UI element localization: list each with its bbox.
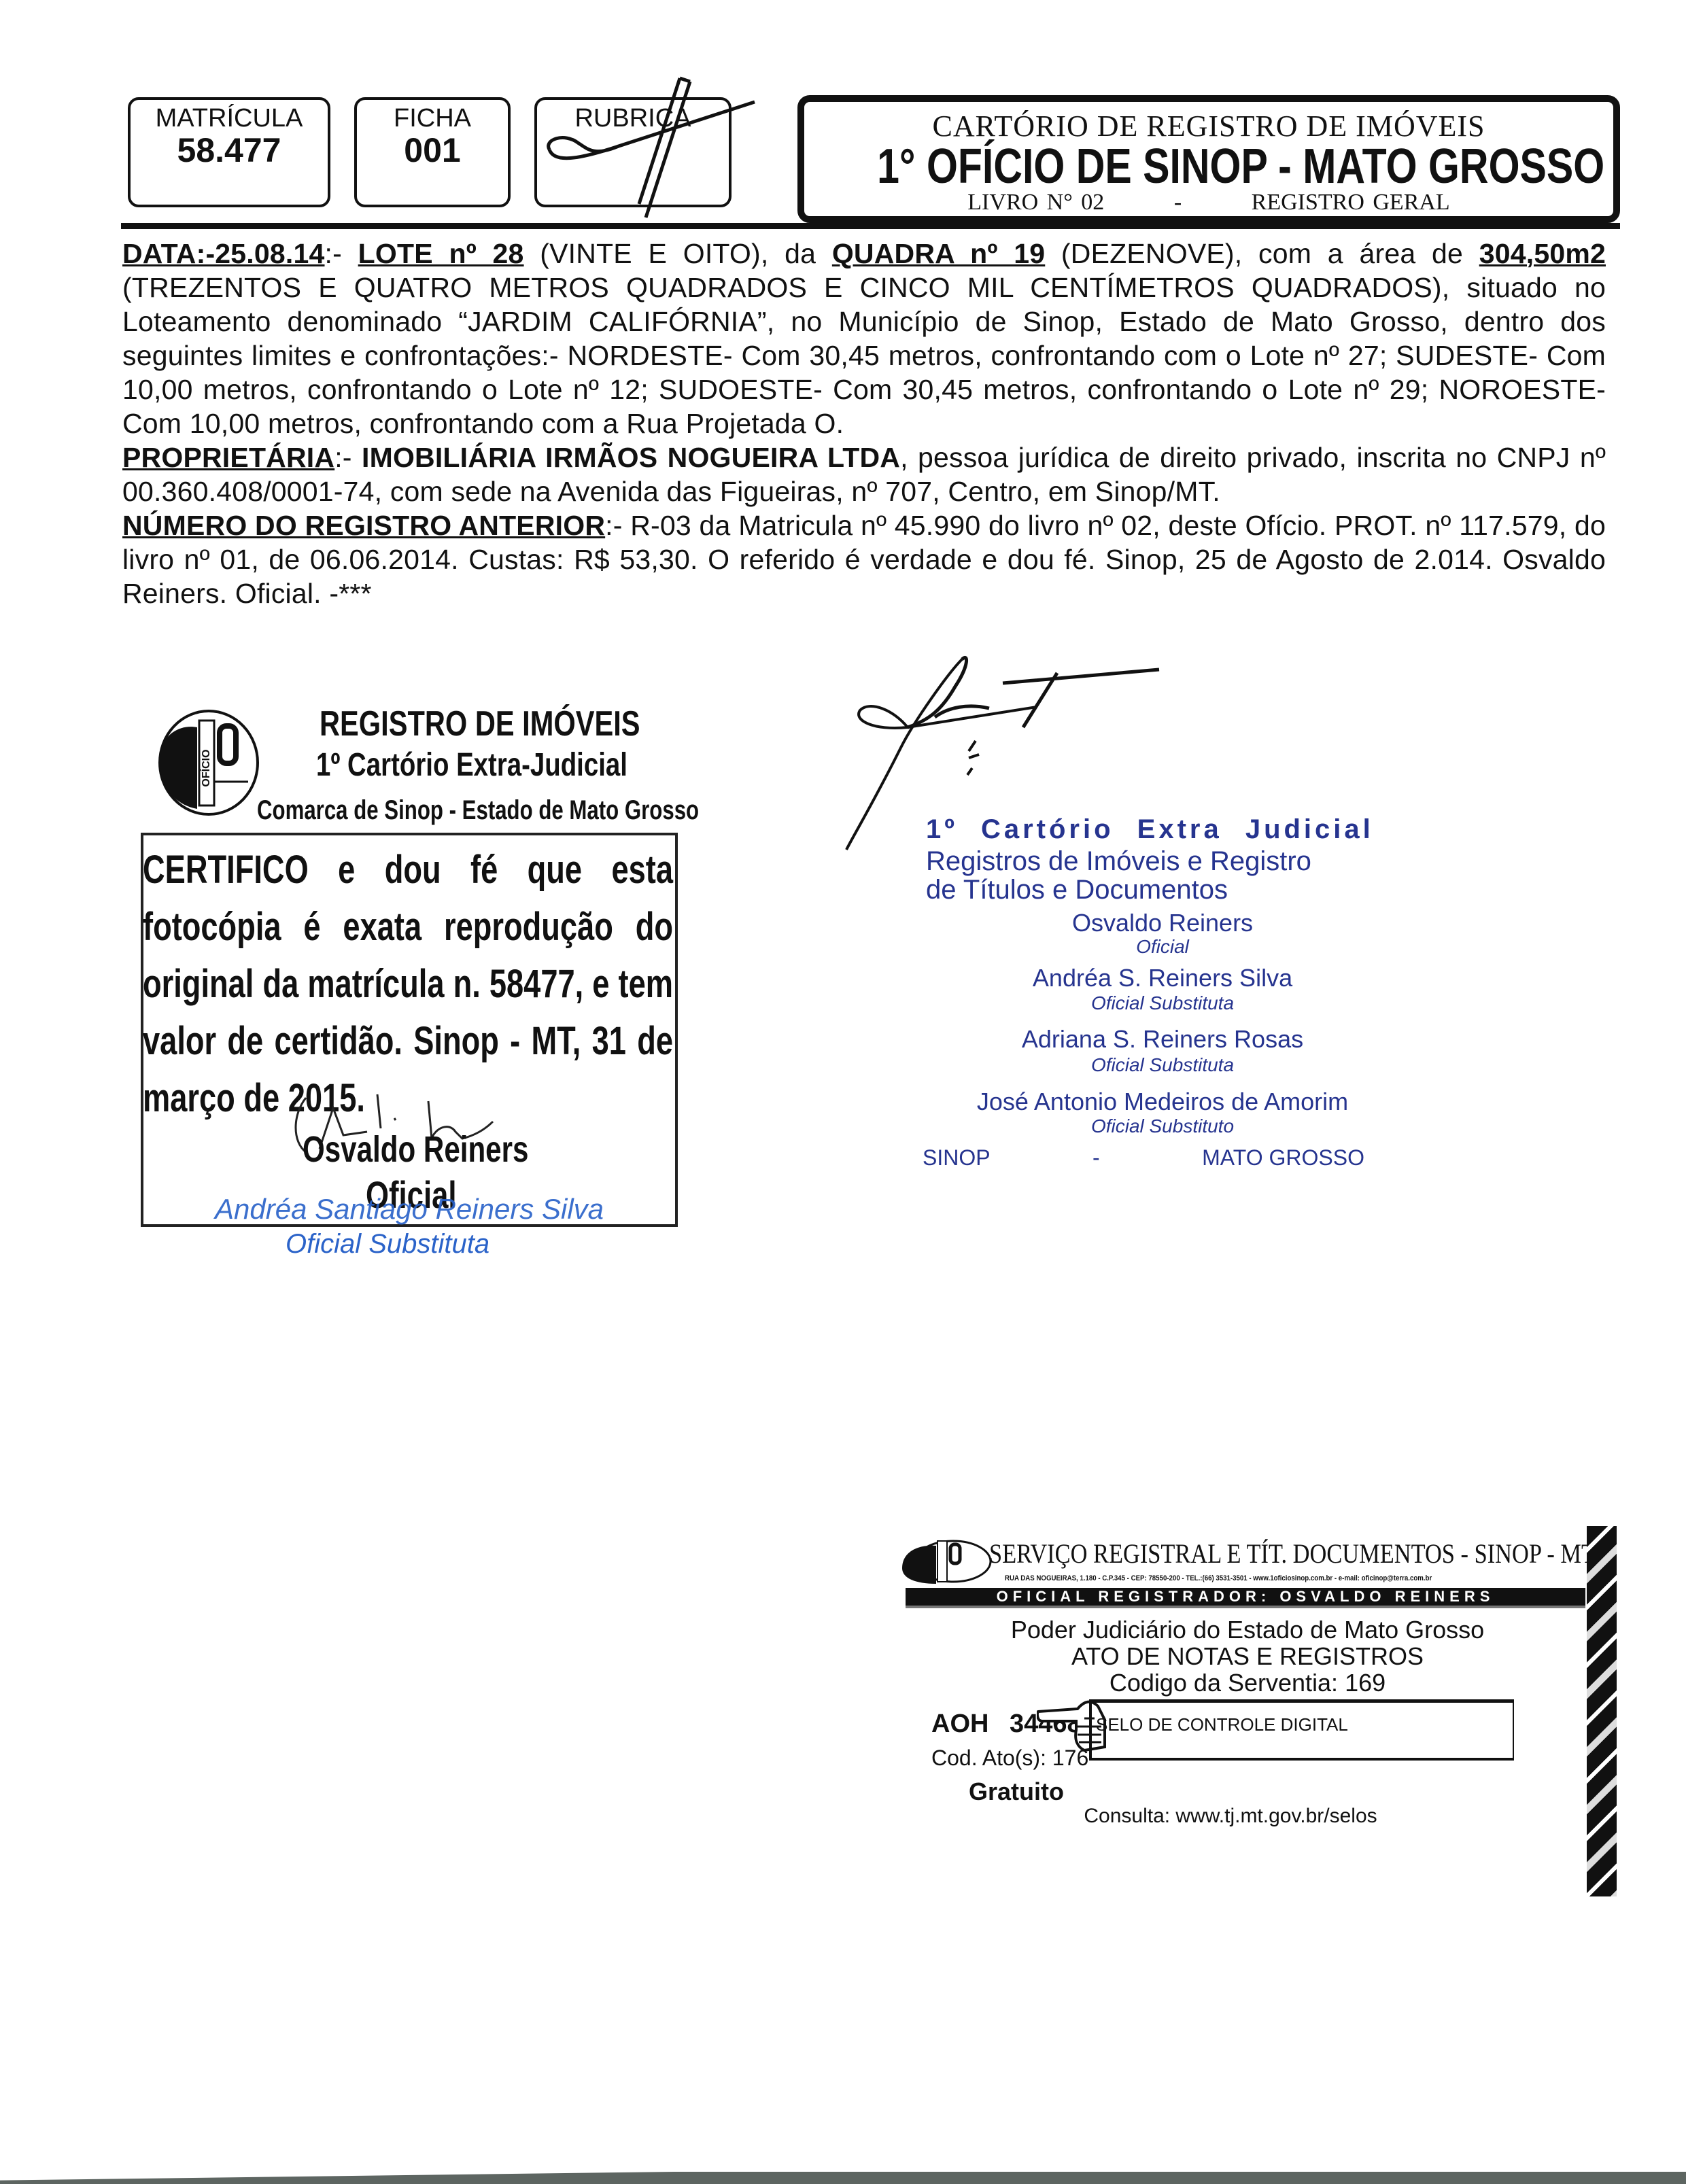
state: MATO GROSSO [1202, 1145, 1364, 1171]
separator: :- [605, 510, 630, 541]
stamp-comarca: Comarca de Sinop - Estado de Mato Grosso [257, 795, 699, 826]
matricula-box: MATRÍCULA 58.477 [128, 97, 330, 207]
registry-title-box: CARTÓRIO DE REGISTRO DE IMÓVEIS 1° OFÍCI… [797, 95, 1620, 223]
seal-title: SERVIÇO REGISTRAL E TÍT. DOCUMENTOS - SI… [989, 1538, 1596, 1570]
ficha-value: 001 [357, 131, 508, 170]
notary-stamp-line2: Registros de Imóveis e Registro [926, 846, 1311, 877]
quadra-label: QUADRA nº 19 [832, 238, 1045, 269]
seal-band-underline [906, 1606, 1585, 1608]
substitute-stamp-role: Oficial Substituta [286, 1229, 489, 1260]
official-role: Oficial Substituta [904, 1054, 1421, 1076]
digital-seal-label: SELO DE CONTROLE DIGITAL [1092, 1714, 1512, 1735]
stamp-subtitle: 1º Cartório Extra-Judicial [316, 746, 627, 784]
ficha-box: FICHA 001 [354, 97, 511, 207]
lote-label: LOTE nº 28 [358, 238, 524, 269]
official-name: José Antonio Medeiros de Amorim [904, 1088, 1421, 1116]
area-label: 304,50m2 [1479, 238, 1606, 269]
scan-bottom-shadow [0, 2172, 1686, 2184]
separator: :- [325, 238, 358, 269]
official-role: Oficial Substituto [904, 1115, 1421, 1137]
text-segment: (TREZENTOS E QUATRO METROS QUADRADOS E C… [122, 272, 1606, 439]
header-divider [121, 223, 1620, 229]
svg-text:OFÍCIO: OFÍCIO [199, 749, 212, 786]
owner-name: IMOBILIÁRIA IRMÃOS NOGUEIRA LTDA [362, 442, 900, 473]
seal-gratuito: Gratuito [969, 1778, 1064, 1806]
city: SINOP [923, 1145, 991, 1171]
seal-line2: ATO DE NOTAS E REGISTROS [904, 1643, 1591, 1670]
oficio-logo-icon: OFÍCIO [146, 707, 262, 819]
notary-stamp-line3: de Títulos e Documentos [926, 875, 1228, 905]
owner-label: PROPRIETÁRIA [122, 442, 334, 473]
certificate-text: CERTIFICO e dou fé que esta fotocópia é … [143, 842, 673, 1127]
separator: :- [334, 442, 362, 473]
official-name: Adriana S. Reiners Rosas [904, 1025, 1421, 1054]
seal-officer-band: OFICIAL REGISTRADOR: OSVALDO REINERS [906, 1588, 1585, 1606]
ficha-label: FICHA [357, 104, 508, 133]
official-name: Osvaldo Reiners [904, 909, 1421, 937]
text-segment: (DEZENOVE), com a área de [1045, 238, 1479, 269]
seal-consulta-link[interactable]: Consulta: www.tj.mt.gov.br/selos [993, 1805, 1468, 1828]
official-role: Oficial Substituta [904, 992, 1421, 1014]
date-label: DATA:-25.08.14 [122, 238, 325, 269]
notary-stamp-location: SINOP - MATO GROSSO [923, 1145, 1364, 1171]
certificate-signer-name: Osvaldo Reiners [303, 1128, 528, 1171]
registry-title-line2: 1° OFÍCIO DE SINOP - MATO GROSSO [877, 142, 1541, 191]
scan-edge-artifact [1587, 1526, 1617, 1896]
official-role: Oficial [904, 936, 1421, 958]
property-description-paragraph: DATA:-25.08.14:- LOTE nº 28 (VINTE E OIT… [122, 237, 1606, 440]
seal-address: RUA DAS NOGUEIRAS, 1.180 - C.P.345 - CEP… [1005, 1574, 1432, 1582]
notary-stamp-line1: 1º Cartório Extra Judicial [926, 814, 1374, 845]
official-name: Andréa S. Reiners Silva [904, 964, 1421, 992]
matricula-value: 58.477 [131, 131, 328, 170]
owner-paragraph: PROPRIETÁRIA:- IMOBILIÁRIA IRMÃOS NOGUEI… [122, 440, 1606, 508]
seal-line1: Poder Judiciário do Estado de Mato Gross… [904, 1616, 1591, 1644]
stamp-title: REGISTRO DE IMÓVEIS [320, 704, 640, 744]
seal-line3: Codigo da Serventia: 169 [904, 1669, 1591, 1697]
oficio-seal-logo-icon [899, 1538, 994, 1585]
registration-body: DATA:-25.08.14:- LOTE nº 28 (VINTE E OIT… [122, 237, 1606, 610]
matricula-label: MATRÍCULA [131, 104, 328, 133]
previous-registration-label: NÚMERO DO REGISTRO ANTERIOR [122, 510, 605, 541]
registry-title-line1: CARTÓRIO DE REGISTRO DE IMÓVEIS [804, 109, 1613, 143]
previous-registration-paragraph: NÚMERO DO REGISTRO ANTERIOR:- R-03 da Ma… [122, 508, 1606, 610]
substitute-stamp-name: Andréa Santiago Reiners Silva [215, 1193, 604, 1226]
text-segment: (VINTE E OITO), da [524, 238, 832, 269]
location-separator: - [1093, 1145, 1100, 1171]
